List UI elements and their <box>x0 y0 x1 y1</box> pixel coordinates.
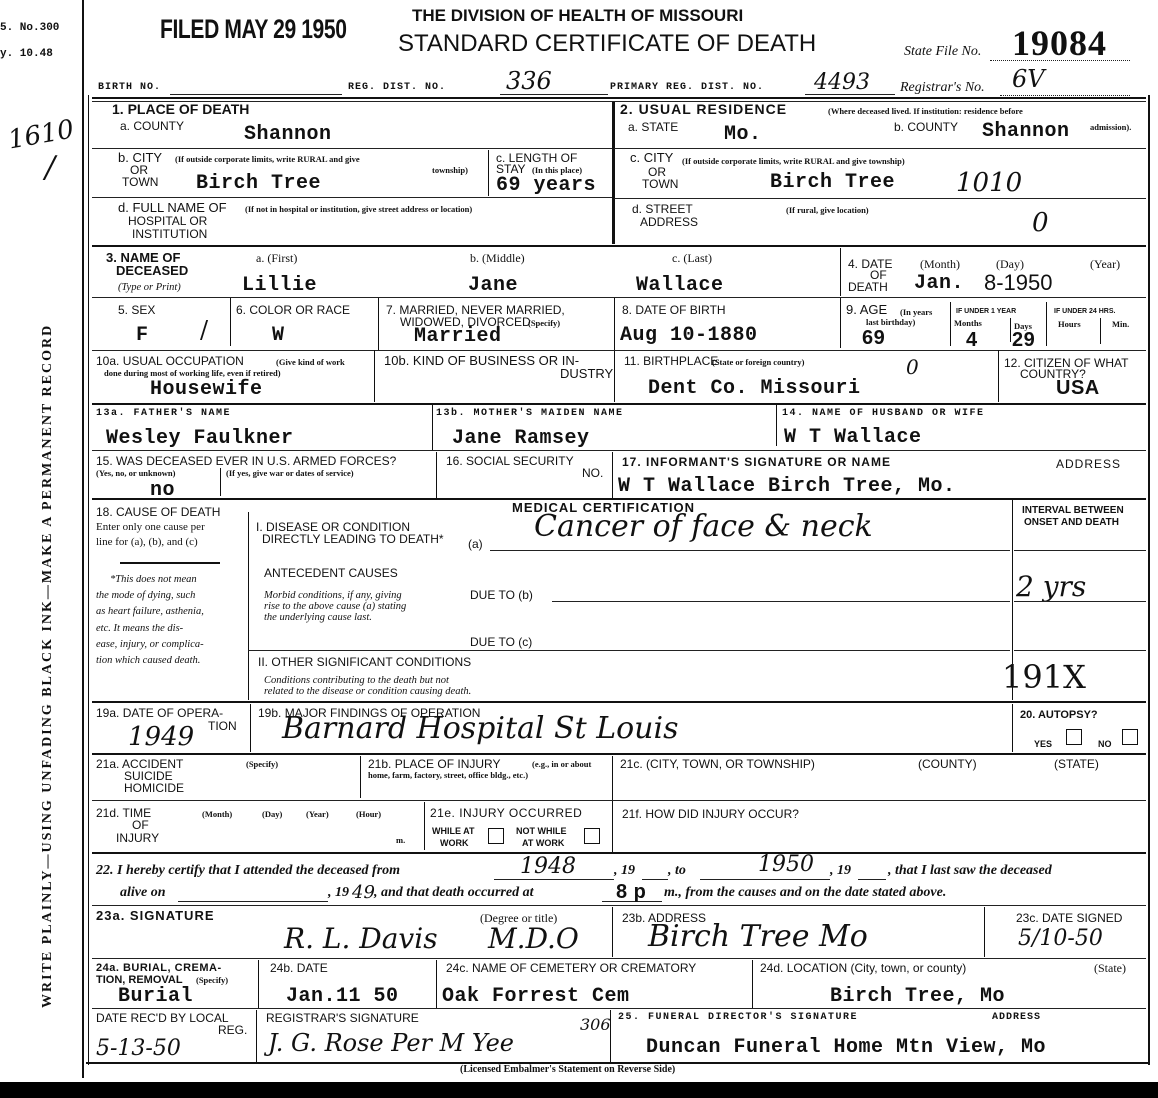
funeral-director-address-label: ADDRESS <box>992 1012 1041 1024</box>
reg-dist-label: REG. DIST. NO. <box>348 82 446 94</box>
injury-m-label: m. <box>396 836 405 845</box>
form-border-left <box>82 0 84 1078</box>
marital-specify: (Specify) <box>528 319 560 328</box>
marital-value: Married <box>414 327 502 347</box>
certify-to: , to <box>668 865 686 876</box>
age-value: 69 <box>862 328 885 348</box>
middle-name-value: Jane <box>468 276 518 296</box>
occupation-value: Housewife <box>150 380 263 400</box>
interval-annotation: 191X <box>1002 664 1086 690</box>
not-while-work-label-2: AT WORK <box>522 837 564 849</box>
hospital-label-2: HOSPITAL OR <box>128 215 207 227</box>
res-street-label-2: ADDRESS <box>640 216 698 228</box>
signature-label: 23a. SIGNATURE <box>96 910 215 922</box>
name-label-3: (Type or Print) <box>118 282 181 293</box>
death-month-value: Jan. <box>914 274 964 294</box>
cause-note-2: the mode of dying, such <box>96 590 195 601</box>
injury-day-label: (Day) <box>262 810 282 819</box>
attended-from: 1948 <box>520 854 576 880</box>
residence-hint: (Where deceased lived. If institution: r… <box>828 107 1023 116</box>
last-seen-year: 49 <box>352 880 375 906</box>
autopsy-label: 20. AUTOPSY? <box>1020 709 1098 721</box>
death-month-label: (Month) <box>920 258 960 270</box>
under-24-hours-label: IF UNDER 24 HRS. <box>1054 307 1115 316</box>
certify-19-b: , 19 <box>830 865 851 876</box>
embalmer-note: (Licensed Embalmer's Statement on Revers… <box>460 1064 675 1075</box>
death-year-label: (Year) <box>1090 258 1120 270</box>
burial-type-specify: (Specify) <box>196 976 228 985</box>
date-signed-label: 23c. DATE SIGNED <box>1016 912 1122 924</box>
age-hint-2: last birthday) <box>866 318 915 327</box>
other-conditions-label: II. OTHER SIGNIFICANT CONDITIONS <box>258 656 471 668</box>
operation-date-value: 1949 <box>128 724 194 750</box>
death-day-year-value: 8-1950 <box>984 270 1053 296</box>
business-label-2: DUSTRY <box>560 368 613 380</box>
res-city-value: Birch Tree <box>770 173 895 193</box>
race-value: W <box>272 326 285 346</box>
scan-edge <box>0 1082 1158 1098</box>
primary-reg-number: 4493 <box>814 70 870 96</box>
certify-19-a: , 19 <box>614 865 635 876</box>
death-date-death: DEATH <box>848 281 888 293</box>
mother-label: 13b. MOTHER'S MAIDEN NAME <box>436 408 624 420</box>
cause-note-1: *This does not mean <box>110 574 197 585</box>
place-of-death-title: 1. PLACE OF DEATH <box>112 103 249 115</box>
armed-forces-label: 15. WAS DECEASED EVER IN U.S. ARMED FORC… <box>96 455 396 467</box>
first-name-value: Lillie <box>242 276 317 296</box>
injury-state-label: (STATE) <box>1054 758 1099 770</box>
ssn-label: 16. SOCIAL SECURITY <box>446 455 574 467</box>
injury-year-label: (Year) <box>306 810 329 819</box>
interval-label-2: ONSET AND DEATH <box>1024 517 1119 529</box>
due-to-c-label: DUE TO (c) <box>470 636 532 648</box>
birthplace-label: 11. BIRTHPLACE <box>624 355 718 367</box>
days-value: 29 <box>1012 330 1035 350</box>
certify-19-c: , 19 <box>328 887 349 898</box>
interval-label: INTERVAL BETWEEN <box>1022 505 1124 517</box>
injury-place-label: 21b. PLACE OF INJURY <box>368 758 501 770</box>
spouse-value: W T Wallace <box>784 428 922 448</box>
dob-label: 8. DATE OF BIRTH <box>622 304 726 316</box>
registrar-signature: J. G. Rose Per M Yee <box>268 1030 514 1056</box>
filed-stamp: FILED MAY 29 1950 <box>160 14 347 45</box>
res-city-hint: (If outside corporate limits, write RURA… <box>682 157 905 166</box>
attended-to: 1950 <box>758 852 814 878</box>
father-value: Wesley Faulkner <box>106 429 294 449</box>
injury-county-label: (COUNTY) <box>918 758 977 770</box>
while-at-work-checkbox[interactable] <box>488 828 504 844</box>
antecedent-hint-3: the underlying cause last. <box>264 612 372 623</box>
burial-type-value: Burial <box>118 987 193 1007</box>
not-while-work-label: NOT WHILE <box>516 825 567 837</box>
cause-note-6: tion which caused death. <box>96 655 200 666</box>
while-at-work-label-2: WORK <box>440 837 469 849</box>
res-city-town: TOWN <box>642 178 678 190</box>
father-label: 13a. FATHER'S NAME <box>96 408 231 420</box>
not-while-work-checkbox[interactable] <box>584 828 600 844</box>
injury-time-of: OF <box>132 819 149 831</box>
operation-date-label: 19a. DATE OF OPERA- <box>96 707 223 719</box>
certify-line-2-end: m., from the causes and on the date stat… <box>664 887 946 898</box>
burial-location-value: Birch Tree, Mo <box>830 987 1005 1007</box>
autopsy-no-checkbox[interactable] <box>1122 729 1138 745</box>
death-city-value: Birch Tree <box>196 174 321 194</box>
form-border-right <box>1148 95 1150 1065</box>
accident-label-3: HOMICIDE <box>124 782 184 794</box>
armed-hint: (Yes, no, or unknown) <box>96 469 175 478</box>
injury-month-label: (Month) <box>202 810 232 819</box>
residence-title: 2. USUAL RESIDENCE <box>620 103 787 115</box>
antecedent-hint: Morbid conditions, if any, giving <box>264 590 402 601</box>
sex-label: 5. SEX <box>118 304 155 316</box>
occupation-label: 10a. USUAL OCCUPATION <box>96 355 244 367</box>
findings-value: Barnard Hospital St Louis <box>282 716 679 742</box>
state-file-number: 19084 <box>1012 22 1107 64</box>
antecedent-hint-2: rise to the above cause (a) stating <box>264 601 406 612</box>
cause-note-4: etc. It means the dis- <box>96 623 183 634</box>
reg-dist-number: 336 <box>506 68 552 94</box>
cemetery-value: Oak Forrest Cem <box>442 987 630 1007</box>
res-street-hint: (If rural, give location) <box>786 206 869 215</box>
spouse-label: 14. NAME OF HUSBAND OR WIFE <box>782 408 985 420</box>
race-label: 6. COLOR OR RACE <box>236 304 350 316</box>
due-to-b-label: DUE TO (b) <box>470 589 533 601</box>
ssn-label-2: NO. <box>582 467 603 479</box>
citizen-value: USA <box>1056 378 1100 398</box>
registrar-mark: 306 <box>580 1012 611 1038</box>
death-day-label: (Day) <box>996 258 1024 270</box>
funeral-director-value: Duncan Funeral Home Mtn View, Mo <box>646 1038 1046 1058</box>
form-revision: y. 10.48 <box>0 48 53 60</box>
certify-line-2: alive on <box>120 887 166 898</box>
registrar-no-label: Registrar's No. <box>900 80 985 96</box>
cause-a-value: Cancer of face & neck <box>534 514 873 540</box>
birthplace-hint: (State or foreign country) <box>712 358 804 367</box>
res-state-label: a. STATE <box>628 121 678 133</box>
business-label: 10b. KIND OF BUSINESS OR IN- <box>384 355 579 367</box>
physician-address: Birch Tree Mo <box>648 924 868 950</box>
minutes-label: Min. <box>1112 320 1129 329</box>
how-injury-label: 21f. HOW DID INJURY OCCUR? <box>622 808 799 820</box>
birth-no-label: BIRTH NO. <box>98 82 161 94</box>
date-received-value: 5-13-50 <box>96 1036 181 1062</box>
burial-date-value: Jan.11 50 <box>286 987 399 1007</box>
injury-hour-label: (Hour) <box>356 810 381 819</box>
burial-type-label: 24a. BURIAL, CREMA- <box>96 962 222 974</box>
certificate-title: STANDARD CERTIFICATE OF DEATH <box>398 30 816 58</box>
form-number: 5. No.300 <box>0 22 59 34</box>
other-hint-2: related to the disease or condition caus… <box>264 686 471 697</box>
age-hint: (In years <box>900 308 932 317</box>
months-value: 4 <box>966 330 978 350</box>
registrar-number: 6V <box>1012 66 1045 92</box>
birthplace-value: Dent Co. Missouri <box>648 379 861 399</box>
death-city-town: TOWN <box>122 176 158 188</box>
primary-reg-label: PRIMARY REG. DIST. NO. <box>610 82 764 94</box>
residence-hint-2: admission). <box>1090 123 1131 132</box>
vertical-instruction: WRITE PLAINLY—USING UNFADING BLACK INK—M… <box>40 324 56 1008</box>
hospital-hint: (If not in hospital or institution, give… <box>245 205 472 214</box>
operation-date-label-2: TION <box>208 720 237 732</box>
informant-label: 17. INFORMANT'S SIGNATURE OR NAME <box>622 456 891 468</box>
line-a-label: (a) <box>468 538 483 550</box>
res-county-value: Shannon <box>982 122 1070 142</box>
injury-place-hint-2: home, farm, factory, street, office bldg… <box>368 771 528 780</box>
hospital-label-3: INSTITUTION <box>132 228 207 240</box>
state-file-label: State File No. <box>904 44 981 60</box>
res-city-label: c. CITY <box>630 152 673 164</box>
physician-degree: M.D.O <box>488 926 579 952</box>
cause-hint-2: line for (a), (b), and (c) <box>96 537 198 548</box>
death-county-value: Shannon <box>244 125 332 145</box>
age-label: 9. AGE <box>846 304 887 316</box>
months-label: Months <box>954 319 982 328</box>
accident-specify: (Specify) <box>246 760 278 769</box>
physician-signature: R. L. Davis <box>284 926 438 952</box>
sex-value: F <box>136 326 149 346</box>
cemetery-label: 24c. NAME OF CEMETERY OR CREMATORY <box>446 962 696 974</box>
middle-name-label: b. (Middle) <box>470 252 525 264</box>
disease-label-2: DIRECTLY LEADING TO DEATH* <box>262 533 444 545</box>
while-at-work-label: WHILE AT <box>432 825 475 837</box>
name-label-2: DECEASED <box>116 265 188 277</box>
certify-line-1: 22. I hereby certify that I attended the… <box>96 865 400 876</box>
occupation-hint: (Give kind of work <box>276 358 345 367</box>
division-name: THE DIVISION OF HEALTH OF MISSOURI <box>412 6 743 26</box>
res-county-label: b. COUNTY <box>894 121 958 133</box>
injury-place-hint: (e.g., in or about <box>532 760 591 769</box>
sex-tick-mark: / <box>200 316 208 344</box>
injury-time-injury: INJURY <box>116 832 159 844</box>
hours-label: Hours <box>1058 320 1081 329</box>
birthplace-mark: 0 <box>906 354 919 380</box>
antecedent-label: ANTECEDENT CAUSES <box>264 567 398 579</box>
last-name-label: c. (Last) <box>672 252 712 264</box>
registrar-signature-label: REGISTRAR'S SIGNATURE <box>266 1012 419 1024</box>
res-street-label: d. STREET <box>632 203 693 215</box>
autopsy-yes-checkbox[interactable] <box>1066 729 1082 745</box>
other-hint: Conditions contributing to the death but… <box>264 675 449 686</box>
mother-value: Jane Ramsey <box>452 429 590 449</box>
burial-date-label: 24b. DATE <box>270 962 328 974</box>
injury-location-label: 21c. (CITY, TOWN, OR TOWNSHIP) <box>620 758 815 770</box>
cause-hint: Enter only one cause per <box>96 522 205 533</box>
burial-location-label: 24d. LOCATION (City, town, or county) <box>760 962 966 974</box>
interval-b-value: 2 yrs <box>1016 574 1086 600</box>
first-name-label: a. (First) <box>256 252 297 264</box>
res-state-value: Mo. <box>724 125 762 145</box>
margin-tick-mark: / <box>45 150 55 185</box>
occupation-hint-2: done during most of working life, even i… <box>104 369 281 378</box>
stay-value: 69 years <box>496 176 596 196</box>
last-name-value: Wallace <box>636 276 724 296</box>
death-county-label: a. COUNTY <box>120 120 184 132</box>
burial-state-label: (State) <box>1094 962 1126 974</box>
date-received-label: DATE REC'D BY LOCAL <box>96 1012 229 1024</box>
time-of-death: 8 p <box>616 882 646 902</box>
res-street-value: 0 <box>1032 210 1049 236</box>
autopsy-yes-label: YES <box>1034 738 1052 750</box>
informant-value: W T Wallace Birch Tree, Mo. <box>618 477 956 497</box>
death-city-hint: (If outside corporate limits, write RURA… <box>175 155 360 164</box>
funeral-director-label: 25. FUNERAL DIRECTOR'S SIGNATURE <box>618 1012 858 1024</box>
res-city-annotation: 1010 <box>956 170 1022 196</box>
date-signed-value: 5/10-50 <box>1018 926 1103 952</box>
date-received-label-2: REG. <box>218 1024 247 1036</box>
informant-address-label: ADDRESS <box>1056 458 1121 470</box>
certify-death-occurred: , and that death occurred at <box>374 887 533 898</box>
cause-of-death-label: 18. CAUSE OF DEATH <box>96 506 220 518</box>
hospital-label: d. FULL NAME OF <box>118 202 227 214</box>
under-one-year-label: IF UNDER 1 YEAR <box>956 307 1016 316</box>
death-city-hint-2: township) <box>432 166 468 175</box>
armed-hint-2: (If yes, give war or dates of service) <box>226 469 354 478</box>
dob-value: Aug 10-1880 <box>620 326 758 346</box>
form-border-left-inner <box>88 95 89 1065</box>
cause-note-5: ease, injury, or complica- <box>96 639 204 650</box>
certify-last-saw: , that I last saw the deceased <box>888 865 1052 876</box>
margin-handwritten-number: 1610 <box>6 114 76 155</box>
injury-occurred-label: 21e. INJURY OCCURRED <box>430 807 582 819</box>
autopsy-no-label: NO <box>1098 738 1112 750</box>
cause-note-3: as heart failure, asthenia, <box>96 606 204 617</box>
